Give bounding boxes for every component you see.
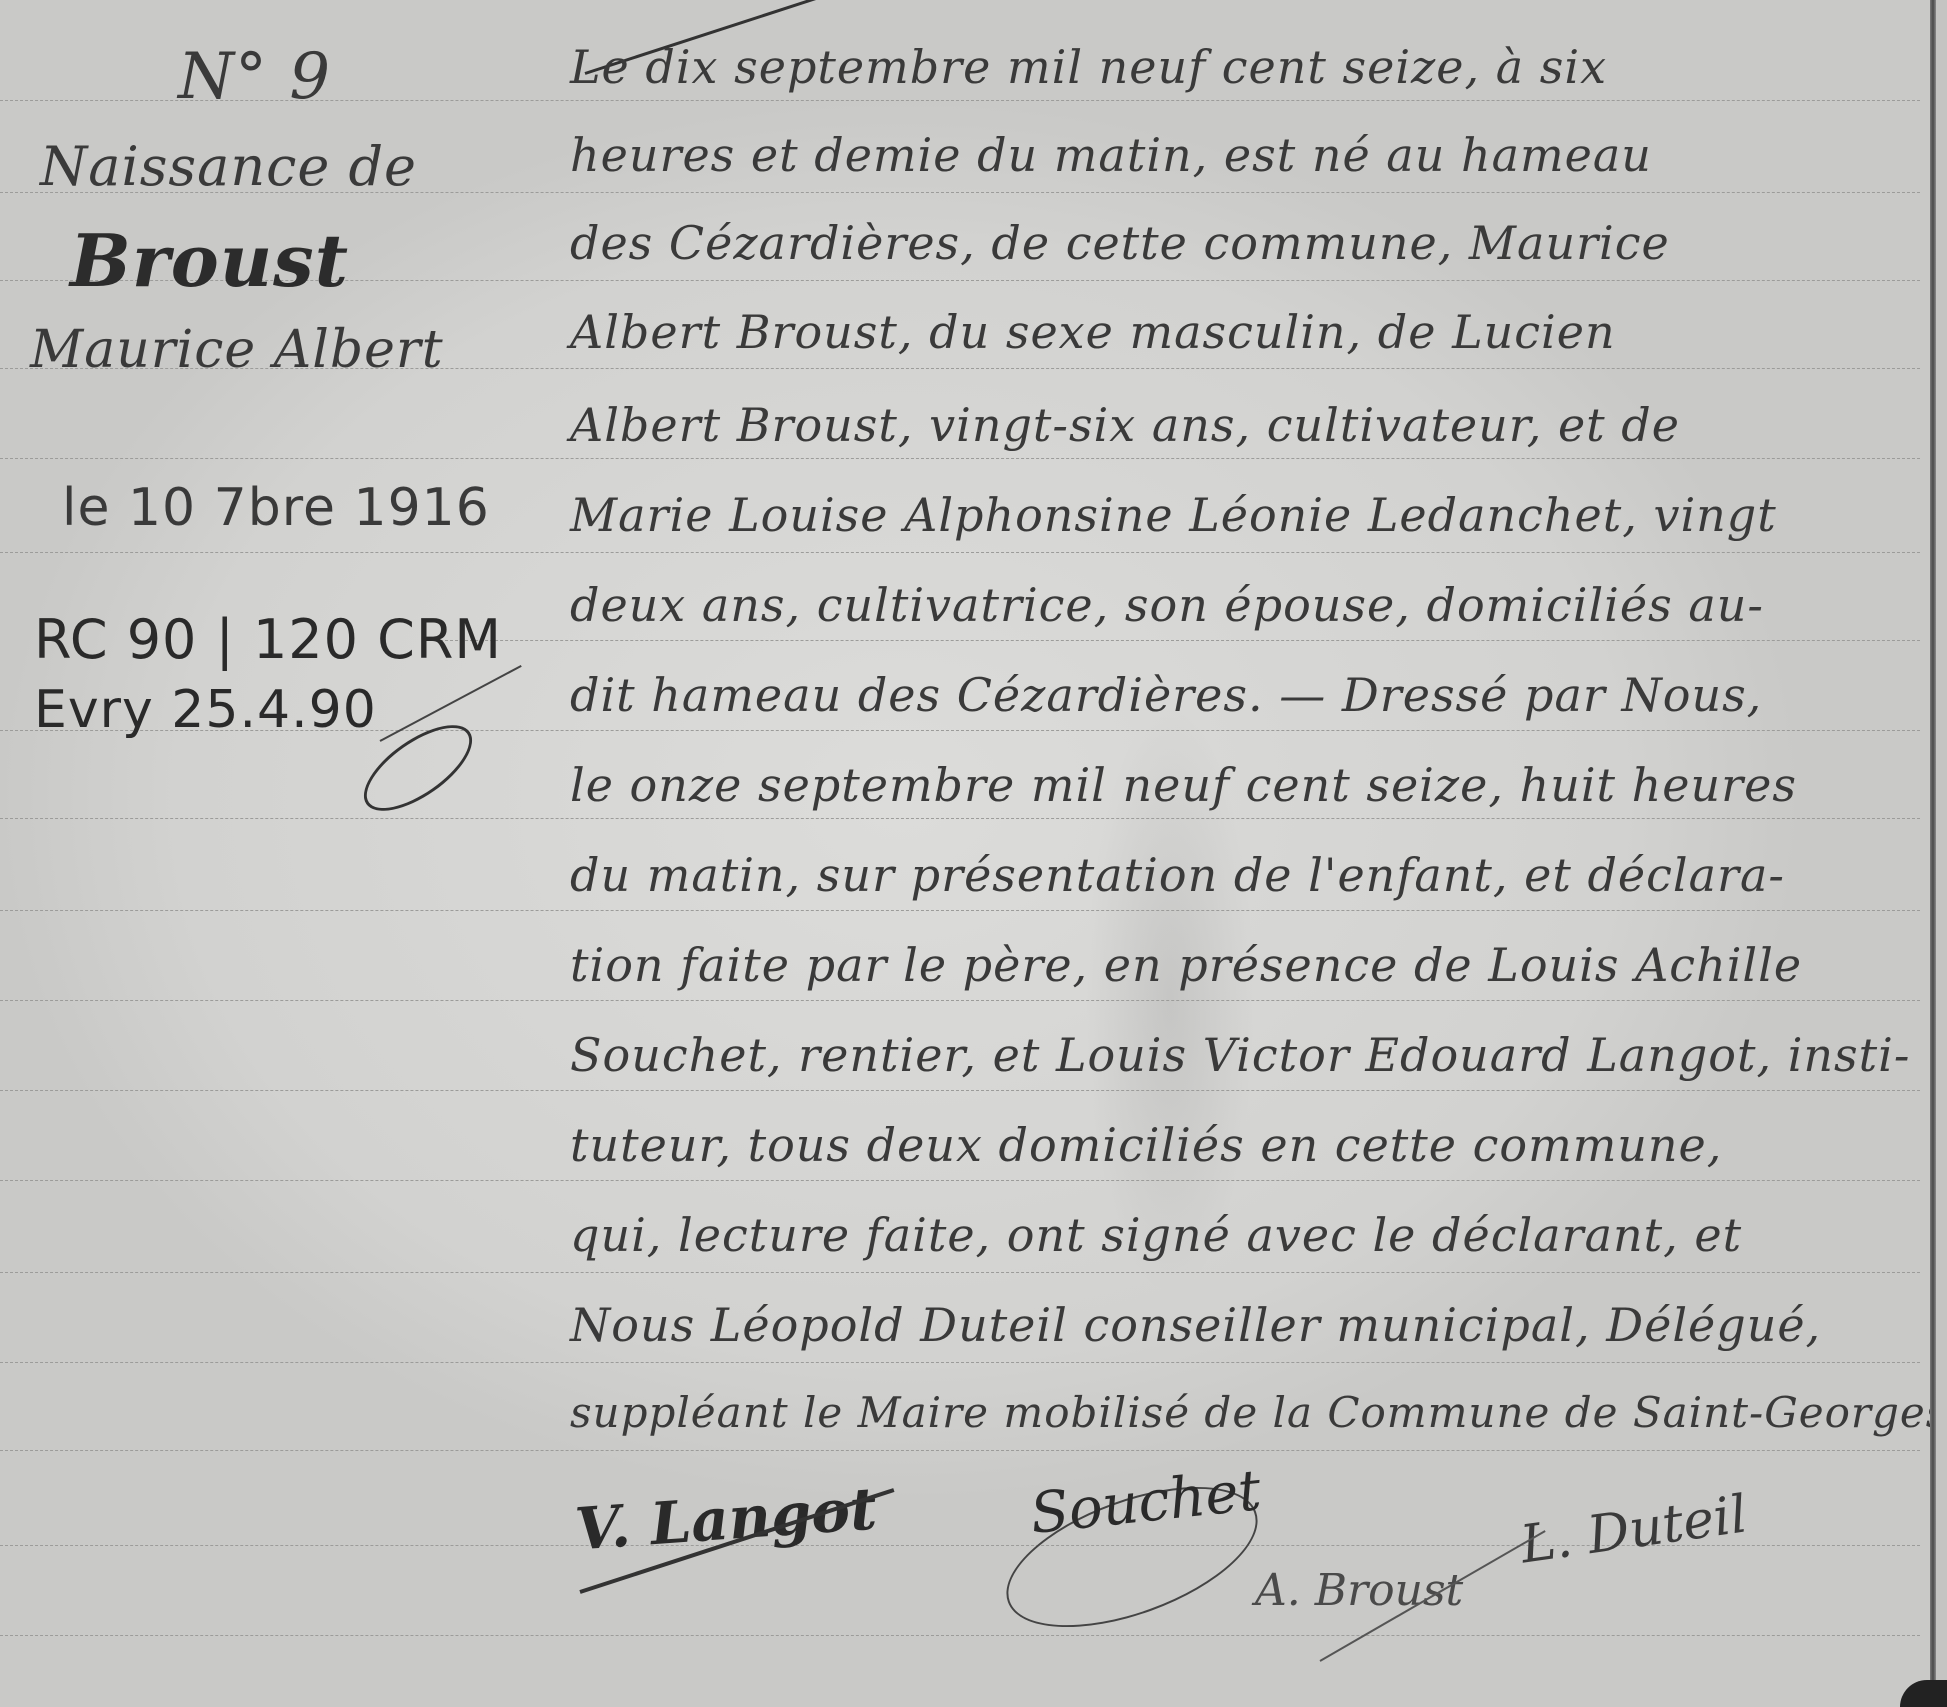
margin-given-names: Maurice Albert (30, 320, 444, 380)
page-edge (1936, 0, 1947, 1707)
body-line: suppléant le Maire mobilisé de la Commun… (570, 1388, 1947, 1437)
body-line: Albert Broust, du sexe masculin, de Luci… (570, 305, 1616, 359)
body-line: tion faite par le père, en présence de L… (570, 938, 1802, 992)
margin-surname: Broust (70, 218, 349, 303)
ruled-line (0, 1000, 1920, 1001)
register-page: N° 9 Naissance de Broust Maurice Albert … (0, 0, 1938, 1707)
body-line: Marie Louise Alphonsine Léonie Ledanchet… (570, 488, 1777, 542)
margin-annotation-2: Evry 25.4.90 (34, 680, 377, 740)
ruled-line (0, 1180, 1920, 1181)
margin-date: le 10 7bre 1916 (62, 478, 490, 538)
body-line: du matin, sur présentation de l'enfant, … (570, 848, 1785, 902)
entry-number: N° 9 (178, 40, 331, 114)
ruled-line (0, 552, 1920, 553)
body-line: Le dix septembre mil neuf cent seize, à … (570, 40, 1607, 94)
signature-broust: A. Broust (1255, 1565, 1463, 1616)
margin-annotation-1: RC 90 | 120 CRM (34, 608, 502, 671)
body-line: dit hameau des Cézardières. — Dressé par… (570, 668, 1762, 722)
body-line: heures et demie du matin, est né au hame… (570, 128, 1652, 182)
ruled-line (0, 1090, 1920, 1091)
ruled-line (0, 1362, 1920, 1363)
body-line: Albert Broust, vingt-six ans, cultivateu… (570, 398, 1680, 452)
ruled-line (0, 818, 1920, 819)
signature-duteil: L. Duteil (1517, 1484, 1751, 1575)
body-line: Souchet, rentier, et Louis Victor Edouar… (570, 1028, 1910, 1082)
ruled-line (0, 910, 1920, 911)
body-line: Nous Léopold Duteil conseiller municipal… (570, 1298, 1821, 1352)
ruled-line (0, 1635, 1920, 1636)
body-line: des Cézardières, de cette commune, Mauri… (570, 216, 1670, 270)
margin-heading: Naissance de (40, 135, 417, 198)
ruled-line (430, 640, 1920, 641)
ruled-line (0, 1272, 1920, 1273)
body-line: tuteur, tous deux domiciliés en cette co… (570, 1118, 1722, 1172)
body-line: deux ans, cultivatrice, son épouse, domi… (570, 578, 1764, 632)
body-line: qui, lecture faite, ont signé avec le dé… (570, 1208, 1742, 1262)
signature-langot: V. Langot (573, 1475, 879, 1564)
ruled-line (0, 458, 1920, 459)
body-line: le onze septembre mil neuf cent seize, h… (570, 758, 1797, 812)
ruled-line (0, 1450, 1920, 1451)
